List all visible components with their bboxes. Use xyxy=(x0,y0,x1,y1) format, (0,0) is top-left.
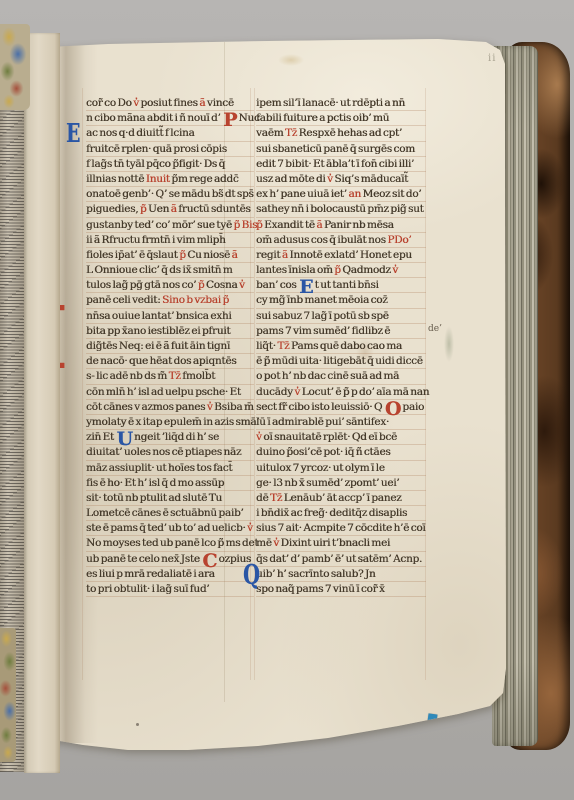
text-line: dig̃tēs Neq: ei ē ã fuit āin tignī xyxy=(86,339,254,354)
text-line: f lag̃s tn̄ tyāl pq̄co p̃figit· Ds q̄ xyxy=(86,157,254,172)
text-column-right: ipem sil’ī lanacē· ut rdēpti a nn̄fabili… xyxy=(256,96,426,597)
blue-marker-tab xyxy=(427,713,437,722)
text-line: gustanby ted’ co’ mōr’ sue tyē p̃ Bis xyxy=(86,218,254,233)
text-line: ge· l3 nb x̄ sumēd’ zpomt’ uei’ xyxy=(256,476,426,491)
text-line: i bn̄dix̄ ac freg̃· deditq̄z disaplis xyxy=(256,506,426,521)
text-line: es liui p mrā redaliatē i ara xyxy=(86,567,254,582)
text-line: p̃ Exandit tē ã Panir nb mēsa xyxy=(256,218,426,233)
text-line: sius 7 ait· Acmpite 7 cōcdite h’ē coī xyxy=(256,521,426,536)
facing-page-margin-edge xyxy=(24,33,60,773)
text-line: fabili fuiture a pctis oib’ mū xyxy=(256,111,426,126)
text-line: cy mg̃ īnb manet mēoia coz̄ xyxy=(256,293,426,308)
text-line: uitulox 7 yrcoz· ut olym ī le xyxy=(256,461,426,476)
text-line: L Onnioue clic’ q̄ ds ix̄ smitn̄ m xyxy=(86,263,254,278)
text-line: ē p̃ mūdi uita· litigebāt q̄ uidi diccē xyxy=(256,354,426,369)
text-line: pams 7 vim sumēd’ fidlibz ē xyxy=(256,324,426,339)
blue-initial-Q: Q xyxy=(243,565,260,587)
edge-smudge xyxy=(444,326,454,362)
text-line: sui sabuz 7 lag̃ ī potū sb spē xyxy=(256,309,426,324)
manuscript-page: ii cor̃ co Do v̓ posiut fines ã vincēn c… xyxy=(28,38,508,752)
illuminated-border-top-edge xyxy=(0,24,30,110)
text-line: vaēm Tz̄ Respxē hehas ad cpt’ xyxy=(256,126,426,141)
text-line: n cibo mãna abdit i ñ nouī d’ PNuc xyxy=(86,111,254,126)
text-line: ub panē te celo nex̄ Jste Cozpius xyxy=(86,552,254,567)
text-line: q̄s dat’ d’ pamb’ ē’ ut satēm’ Acnp. xyxy=(256,552,426,567)
text-line: diuitat’ uoles nos cē ptiapes nāz xyxy=(86,445,254,460)
text-line: Lometcē cānes ē sctuābnū paib’ xyxy=(86,506,254,521)
text-line: zin̄ Et Ungeit ’liq̄d di h’ se xyxy=(86,430,254,445)
margin-note: de’ xyxy=(428,324,442,334)
text-line: ban’ cos Et ut tanti bn̄si xyxy=(256,278,426,293)
text-line: edit 7 bibit· Et ābla’t ī fon̄ cibi illi… xyxy=(256,157,426,172)
ink-speck xyxy=(136,723,139,726)
text-line: duino p̃osi’cē pot· iq̄ ñ ctāes xyxy=(256,445,426,460)
text-line: to pri obtulit· i lag̃ suī fud’ xyxy=(86,582,254,597)
text-line: fioles ip̄at’ ē q̄slaut p̃ Cu niosē ã xyxy=(86,248,254,263)
manuscript-page-wrap: ii cor̃ co Do v̓ posiut fines ã vincēn c… xyxy=(28,38,508,752)
text-line: spo naq̃ pams 7 vinū ī cor̃ x̄ xyxy=(256,582,426,597)
folio-number: ii xyxy=(488,53,496,64)
text-line: uib’ h’ sacrīnto salub? Jn xyxy=(256,567,426,582)
text-line: ymolaty ē x itap epulem̄ in azis smā’ xyxy=(86,415,254,430)
text-line: sit· totū nb ptulit ad slutē Tu xyxy=(86,491,254,506)
text-line: panē celi vedit: Sino b vzbai p̃ xyxy=(86,293,254,308)
text-line: cōn mln̄ h’ isl ad uelpu psche· Et xyxy=(86,385,254,400)
text-line: ex h’ pane uiuā iet’ an Meoz sit do’ xyxy=(256,187,426,202)
text-column-left: cor̃ co Do v̓ posiut fines ã vincēn cibo… xyxy=(86,96,254,597)
text-line: tulos lag̃ pḡ gtā nos co’ p̃ Cosna v̓ xyxy=(86,278,254,293)
text-line: usz ad mōte di v̓ Siq’s māducaīt̃ xyxy=(256,172,426,187)
text-line: bita pp x̄ano iestiblēz ei pfruit xyxy=(86,324,254,339)
text-line: de nacō· que hēat dos apiqntēs xyxy=(86,354,254,369)
illuminated-border-bottom-edge xyxy=(0,628,16,762)
text-line: v̓ oī snauitatē rplēt· Qd eī bcē xyxy=(256,430,426,445)
text-line: ste ē pams q̄ ted’ ub to’ ad uelicb· v̓ xyxy=(86,521,254,536)
text-line: mē v̓ Dixint uiri t’bnacli mei xyxy=(256,536,426,551)
text-line: sathey nn̄ i bolocaustū pm̄z pig̃ sut xyxy=(256,202,426,217)
text-line: fruitcē rplen· quā prosi cōpis xyxy=(86,142,254,157)
text-line: sect fr̃ cibo isto leuissiō· Q Opaio xyxy=(256,400,426,415)
dark-ink-mark xyxy=(420,726,427,732)
text-line: regit ã Innotē exlatd’ Honet epu xyxy=(256,248,426,263)
ruling-vertical-left xyxy=(82,88,83,680)
text-line: illnias nottē Inuit p̃m rege addc̄ xyxy=(86,172,254,187)
text-line: lantes īnisla om̄ p̃ Qadmodz v̓ xyxy=(256,263,426,278)
text-line: om̄ adusus cos q̄ ibulāt nos PDo’ xyxy=(256,233,426,248)
text-line: ii ã Rfructu frmtn̄ i vim mliph̄ xyxy=(86,233,254,248)
text-line: dē Tz̄ Lenāub’ āt accp’ ī panez xyxy=(256,491,426,506)
text-line: fis ē ho· Et h’ isl q̄ d mo assūp xyxy=(86,476,254,491)
ruling-vertical-mid-b xyxy=(254,88,255,680)
text-line: liq̃t· Tz̄ Pams quē dabo cao ma xyxy=(256,339,426,354)
text-line: o pot h’ nb dac cinē suā ad mā xyxy=(256,369,426,384)
text-line: piguedies, p̃ Uen ã fructū sduntēs xyxy=(86,202,254,217)
text-line: s- lic adē nb ds m̃ Tz̄ fmolb̄t xyxy=(86,369,254,384)
text-line: ipem sil’ī lanacē· ut rdēpti a nn̄ xyxy=(256,96,426,111)
text-line: cōt cānes v azmos panes v̓ Bsiba m̄ xyxy=(86,400,254,415)
blue-initial-E: E xyxy=(66,124,80,145)
text-line: onatoē genb’· Q’ se mādu bs̃ dt sps̄ xyxy=(86,187,254,202)
text-line: No moyses ted ub panē lco p̃ ms det xyxy=(86,536,254,551)
text-line: sui sbaneticū panē q̄ surgēs com xyxy=(256,142,426,157)
text-line: nn̄sa ouiue lantat’ bnsica exhi xyxy=(86,309,254,324)
text-line: māz assiuplit· ut hoīes tos fact̄ xyxy=(86,461,254,476)
foxing-spot xyxy=(278,54,304,66)
manuscript-photo: ii cor̃ co Do v̓ posiut fines ã vincēn c… xyxy=(0,0,574,800)
